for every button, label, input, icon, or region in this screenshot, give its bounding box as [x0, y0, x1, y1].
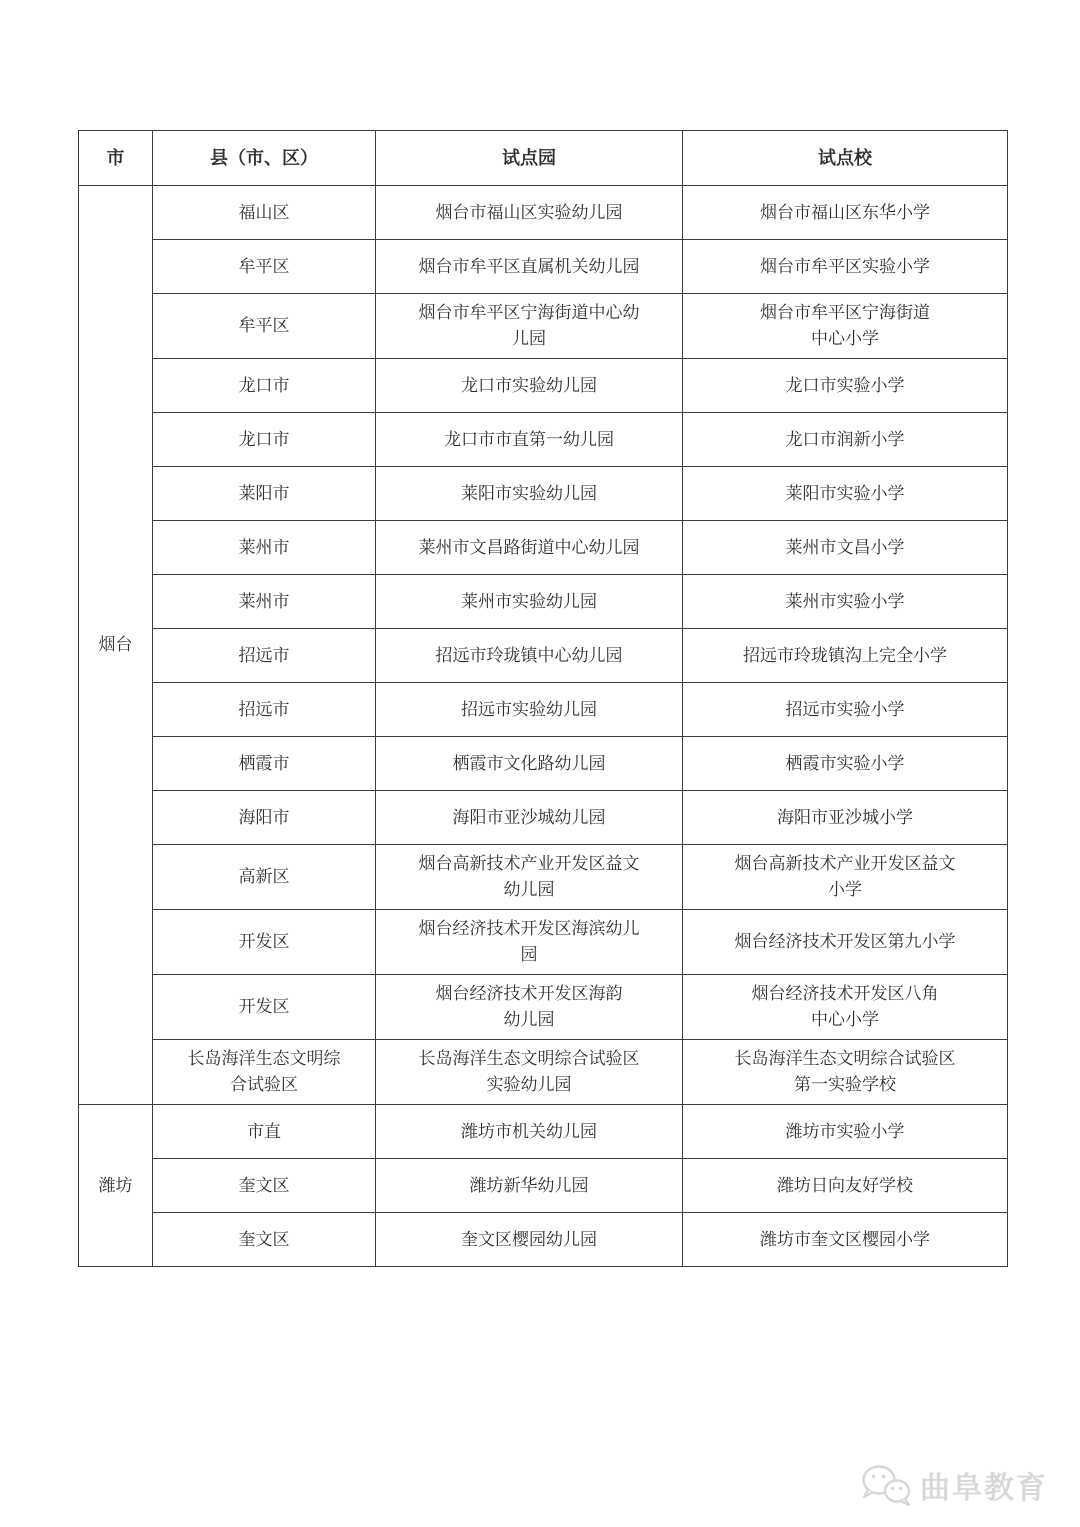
header-cell-3: 试点校: [683, 131, 1008, 186]
county-cell: 长岛海洋生态文明综 合试验区: [153, 1040, 376, 1105]
table-row: 高新区烟台高新技术产业开发区益文 幼儿园烟台高新技术产业开发区益文 小学: [79, 845, 1008, 910]
kindergarten-cell: 莱州市实验幼儿园: [376, 575, 683, 629]
table-row: 莱阳市莱阳市实验幼儿园莱阳市实验小学: [79, 467, 1008, 521]
table-row: 烟台福山区烟台市福山区实验幼儿园烟台市福山区东华小学: [79, 186, 1008, 240]
kindergarten-cell: 招远市实验幼儿园: [376, 683, 683, 737]
county-cell: 莱州市: [153, 521, 376, 575]
kindergarten-cell: 烟台市牟平区宁海街道中心幼 儿园: [376, 294, 683, 359]
county-cell: 牟平区: [153, 294, 376, 359]
school-cell: 烟台经济技术开发区八角 中心小学: [683, 975, 1008, 1040]
wechat-icon: [859, 1463, 913, 1507]
school-cell: 招远市玲珑镇沟上完全小学: [683, 629, 1008, 683]
county-cell: 招远市: [153, 629, 376, 683]
table-row: 莱州市莱州市实验幼儿园莱州市实验小学: [79, 575, 1008, 629]
school-cell: 长岛海洋生态文明综合试验区 第一实验学校: [683, 1040, 1008, 1105]
kindergarten-cell: 海阳市亚沙城幼儿园: [376, 791, 683, 845]
city-cell: 烟台: [79, 186, 153, 1105]
school-cell: 烟台市福山区东华小学: [683, 186, 1008, 240]
table-row: 栖霞市栖霞市文化路幼儿园栖霞市实验小学: [79, 737, 1008, 791]
school-cell: 潍坊日向友好学校: [683, 1159, 1008, 1213]
table-row: 奎文区奎文区樱园幼儿园潍坊市奎文区樱园小学: [79, 1213, 1008, 1267]
county-cell: 莱阳市: [153, 467, 376, 521]
school-cell: 莱阳市实验小学: [683, 467, 1008, 521]
county-cell: 高新区: [153, 845, 376, 910]
kindergarten-cell: 烟台市牟平区直属机关幼儿园: [376, 240, 683, 294]
county-cell: 牟平区: [153, 240, 376, 294]
county-cell: 栖霞市: [153, 737, 376, 791]
county-cell: 招远市: [153, 683, 376, 737]
county-cell: 莱州市: [153, 575, 376, 629]
table-row: 龙口市龙口市实验幼儿园龙口市实验小学: [79, 359, 1008, 413]
kindergarten-cell: 潍坊市机关幼儿园: [376, 1105, 683, 1159]
kindergarten-cell: 奎文区樱园幼儿园: [376, 1213, 683, 1267]
kindergarten-cell: 栖霞市文化路幼儿园: [376, 737, 683, 791]
county-cell: 福山区: [153, 186, 376, 240]
table-row: 潍坊市直潍坊市机关幼儿园潍坊市实验小学: [79, 1105, 1008, 1159]
table-row: 开发区烟台经济技术开发区海滨幼儿 园烟台经济技术开发区第九小学: [79, 910, 1008, 975]
county-cell: 奎文区: [153, 1159, 376, 1213]
county-cell: 龙口市: [153, 359, 376, 413]
county-cell: 奎文区: [153, 1213, 376, 1267]
kindergarten-cell: 招远市玲珑镇中心幼儿园: [376, 629, 683, 683]
table-header: 市县（市、区）试点园试点校: [79, 131, 1008, 186]
county-cell: 开发区: [153, 975, 376, 1040]
table-row: 奎文区潍坊新华幼儿园潍坊日向友好学校: [79, 1159, 1008, 1213]
kindergarten-cell: 烟台经济技术开发区海韵 幼儿园: [376, 975, 683, 1040]
table-row: 招远市招远市玲珑镇中心幼儿园招远市玲珑镇沟上完全小学: [79, 629, 1008, 683]
school-cell: 莱州市实验小学: [683, 575, 1008, 629]
school-cell: 龙口市润新小学: [683, 413, 1008, 467]
header-cell-1: 县（市、区）: [153, 131, 376, 186]
school-cell: 莱州市文昌小学: [683, 521, 1008, 575]
school-cell: 栖霞市实验小学: [683, 737, 1008, 791]
kindergarten-cell: 莱阳市实验幼儿园: [376, 467, 683, 521]
table-row: 招远市招远市实验幼儿园招远市实验小学: [79, 683, 1008, 737]
kindergarten-cell: 龙口市实验幼儿园: [376, 359, 683, 413]
school-cell: 烟台高新技术产业开发区益文 小学: [683, 845, 1008, 910]
school-cell: 烟台经济技术开发区第九小学: [683, 910, 1008, 975]
watermark-label: 曲阜教育: [920, 1463, 1048, 1507]
school-cell: 招远市实验小学: [683, 683, 1008, 737]
school-cell: 烟台市牟平区宁海街道 中心小学: [683, 294, 1008, 359]
kindergarten-cell: 龙口市市直第一幼儿园: [376, 413, 683, 467]
table-body: 烟台福山区烟台市福山区实验幼儿园烟台市福山区东华小学牟平区烟台市牟平区直属机关幼…: [79, 186, 1008, 1267]
watermark: 曲阜教育: [859, 1463, 1048, 1507]
school-cell: 潍坊市实验小学: [683, 1105, 1008, 1159]
school-cell: 潍坊市奎文区樱园小学: [683, 1213, 1008, 1267]
county-cell: 开发区: [153, 910, 376, 975]
table-row: 开发区烟台经济技术开发区海韵 幼儿园烟台经济技术开发区八角 中心小学: [79, 975, 1008, 1040]
kindergarten-cell: 莱州市文昌路街道中心幼儿园: [376, 521, 683, 575]
city-cell: 潍坊: [79, 1105, 153, 1267]
table-row: 牟平区烟台市牟平区宁海街道中心幼 儿园烟台市牟平区宁海街道 中心小学: [79, 294, 1008, 359]
header-row: 市县（市、区）试点园试点校: [79, 131, 1008, 186]
kindergarten-cell: 长岛海洋生态文明综合试验区 实验幼儿园: [376, 1040, 683, 1105]
county-cell: 海阳市: [153, 791, 376, 845]
kindergarten-cell: 烟台市福山区实验幼儿园: [376, 186, 683, 240]
header-cell-2: 试点园: [376, 131, 683, 186]
school-cell: 海阳市亚沙城小学: [683, 791, 1008, 845]
kindergarten-cell: 烟台经济技术开发区海滨幼儿 园: [376, 910, 683, 975]
county-cell: 龙口市: [153, 413, 376, 467]
school-cell: 龙口市实验小学: [683, 359, 1008, 413]
table-row: 龙口市龙口市市直第一幼儿园龙口市润新小学: [79, 413, 1008, 467]
table-row: 长岛海洋生态文明综 合试验区长岛海洋生态文明综合试验区 实验幼儿园长岛海洋生态文…: [79, 1040, 1008, 1105]
table-row: 牟平区烟台市牟平区直属机关幼儿园烟台市牟平区实验小学: [79, 240, 1008, 294]
table-row: 海阳市海阳市亚沙城幼儿园海阳市亚沙城小学: [79, 791, 1008, 845]
page: 市县（市、区）试点园试点校 烟台福山区烟台市福山区实验幼儿园烟台市福山区东华小学…: [0, 0, 1080, 1527]
header-cell-0: 市: [79, 131, 153, 186]
pilot-programs-table: 市县（市、区）试点园试点校 烟台福山区烟台市福山区实验幼儿园烟台市福山区东华小学…: [78, 130, 1008, 1267]
school-cell: 烟台市牟平区实验小学: [683, 240, 1008, 294]
kindergarten-cell: 潍坊新华幼儿园: [376, 1159, 683, 1213]
county-cell: 市直: [153, 1105, 376, 1159]
kindergarten-cell: 烟台高新技术产业开发区益文 幼儿园: [376, 845, 683, 910]
table-row: 莱州市莱州市文昌路街道中心幼儿园莱州市文昌小学: [79, 521, 1008, 575]
